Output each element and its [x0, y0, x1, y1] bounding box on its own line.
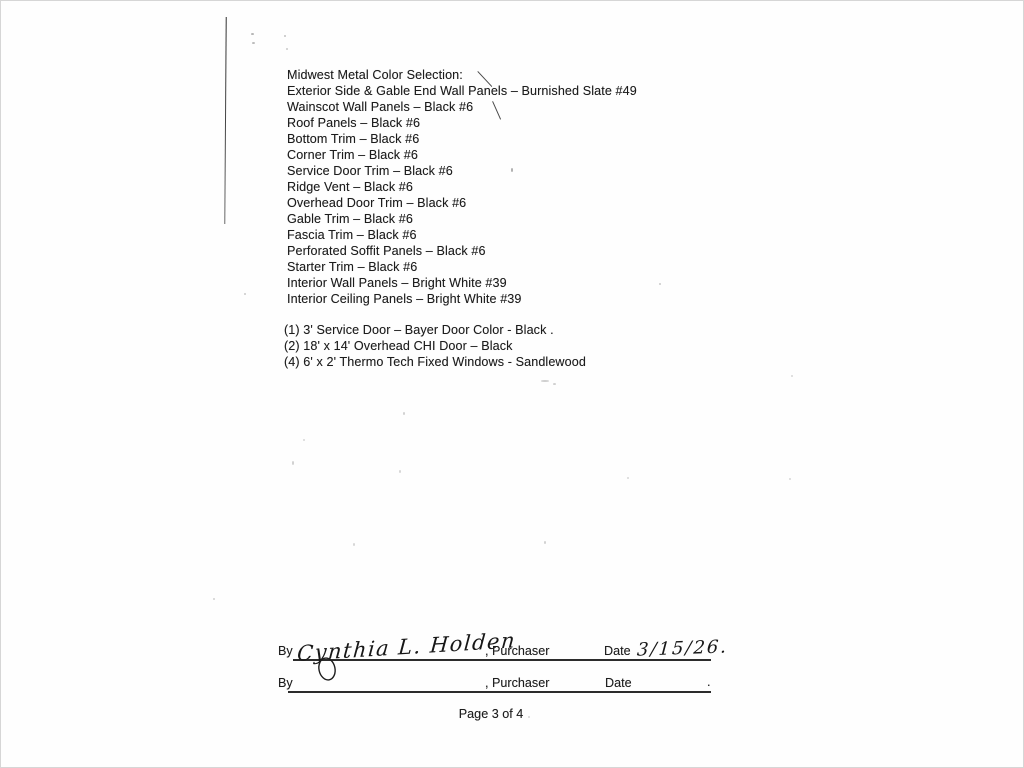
- option-item: (2) 18' x 14' Overhead CHI Door – Black: [284, 338, 586, 354]
- by-label: By: [278, 676, 293, 690]
- list-item: Wainscot Wall Panels – Black #6: [287, 99, 637, 115]
- list-item: Exterior Side & Gable End Wall Panels – …: [287, 83, 637, 99]
- purchaser-label: , Purchaser: [485, 644, 549, 658]
- scan-speck: [791, 375, 793, 377]
- option-item: (1) 3' Service Door – Bayer Door Color -…: [284, 322, 586, 338]
- scan-speck: [541, 380, 549, 382]
- scan-speck: [659, 283, 661, 285]
- by-label: By: [278, 644, 293, 658]
- scan-speck: [544, 541, 546, 544]
- list-item: Gable Trim – Black #6: [287, 211, 637, 227]
- list-item: Ridge Vent – Black #6: [287, 179, 637, 195]
- scan-speck: [252, 42, 255, 44]
- scan-speck: [292, 461, 294, 465]
- scan-line-artifact: [224, 17, 227, 224]
- scan-speck: [553, 383, 556, 385]
- scan-speck: [303, 439, 305, 441]
- list-item: Starter Trim – Black #6: [287, 259, 637, 275]
- page-number: Page 3 of 4: [431, 707, 551, 721]
- scan-speck: [286, 48, 288, 50]
- trailing-period: .: [707, 675, 711, 689]
- list-item: Overhead Door Trim – Black #6: [287, 195, 637, 211]
- scan-speck: [251, 33, 254, 35]
- list-item: Interior Wall Panels – Bright White #39: [287, 275, 637, 291]
- scan-speck: [244, 293, 246, 295]
- date-label: Date: [605, 676, 632, 690]
- scan-speck: [789, 478, 791, 480]
- signature-line: [288, 691, 711, 693]
- list-item: Fascia Trim – Black #6: [287, 227, 637, 243]
- color-selection-list: Midwest Metal Color Selection: Exterior …: [287, 67, 637, 307]
- scan-speck: [627, 477, 629, 479]
- handwritten-date: 3/15/26.: [636, 636, 729, 660]
- list-title: Midwest Metal Color Selection:: [287, 67, 637, 83]
- list-item: Bottom Trim – Black #6: [287, 131, 637, 147]
- list-item: Perforated Soffit Panels – Black #6: [287, 243, 637, 259]
- scan-speck: [353, 543, 355, 546]
- list-item: Service Door Trim – Black #6: [287, 163, 637, 179]
- purchaser-label: , Purchaser: [485, 676, 549, 690]
- scan-speck: [213, 598, 215, 600]
- option-item: (4) 6' x 2' Thermo Tech Fixed Windows - …: [284, 354, 586, 370]
- date-label: Date: [604, 644, 631, 658]
- scan-speck: [284, 35, 286, 37]
- signature-descender-loop: [313, 656, 349, 684]
- scan-speck: [403, 412, 405, 415]
- scan-speck: [399, 470, 401, 473]
- door-window-options-list: (1) 3' Service Door – Bayer Door Color -…: [284, 322, 586, 370]
- list-item: Corner Trim – Black #6: [287, 147, 637, 163]
- list-item: Interior Ceiling Panels – Bright White #…: [287, 291, 637, 307]
- scanned-document-page: Midwest Metal Color Selection: Exterior …: [0, 0, 1024, 768]
- list-item: Roof Panels – Black #6: [287, 115, 637, 131]
